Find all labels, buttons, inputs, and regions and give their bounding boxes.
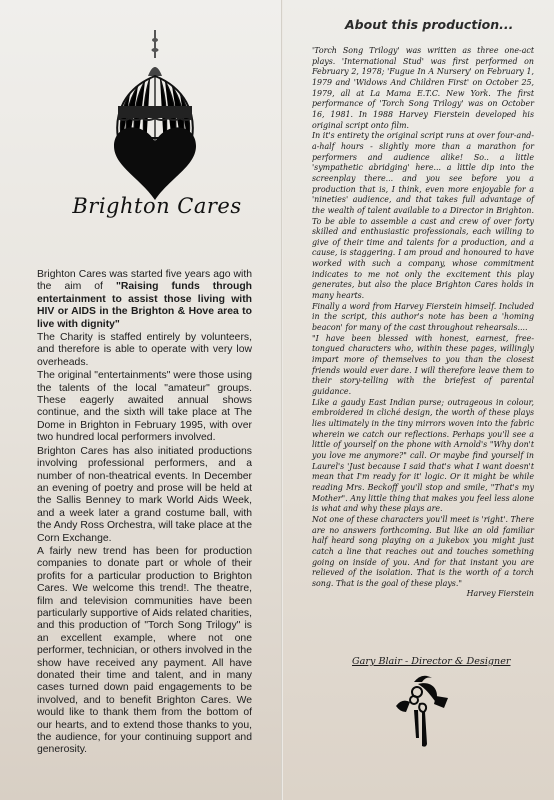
paragraph: A fairly new trend has been for producti… [37,546,252,757]
paragraph: In it's entirety the original script run… [312,131,534,302]
paragraph: The Charity is staffed entirely by volun… [37,332,252,369]
right-body-text: 'Torch Song Trilogy' was written as thre… [312,46,534,600]
brand-name: Brighton Cares [72,194,242,218]
section-title: About this production... [345,17,515,32]
paragraph: Finally a word from Harvey Fierstein him… [312,302,534,334]
quote-author: Harvey Fierstein [312,589,534,600]
quote-paragraph: Like a gaudy East Indian purse; outrageo… [312,398,534,515]
quote-paragraph: Not one of these characters you'll meet … [312,515,534,590]
quote-paragraph: "I have been blessed with honest, earnes… [312,334,534,398]
paragraph: 'Torch Song Trilogy' was written as thre… [312,46,534,131]
paragraph: The original "entertainments" were those… [37,370,252,444]
intro-paragraph: Brighton Cares was started five years ag… [37,269,252,331]
director-credit: Gary Blair - Director & Designer [352,656,542,667]
ornamental-emblem-icon [392,668,452,748]
paragraph: Brighton Cares has also initiated produc… [37,446,252,545]
page-fold [281,0,283,800]
left-body-text: Brighton Cares was started five years ag… [37,269,252,758]
onion-dome-birdcage-heart-icon [110,28,200,203]
